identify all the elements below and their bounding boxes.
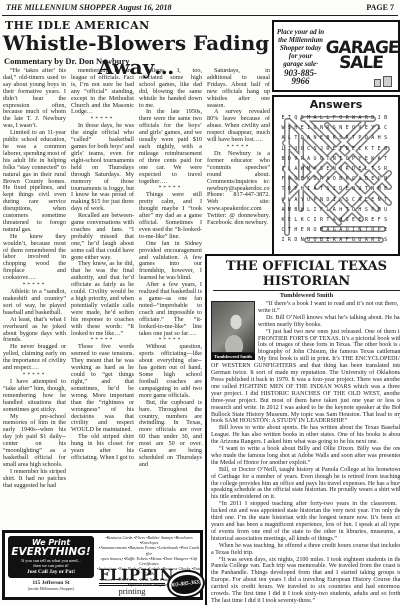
clipart-box-icon (374, 79, 381, 87)
text-line: My pre-school memories of him in the ear… (3, 414, 66, 469)
call-line: Just Call Jay or Pat! (8, 569, 94, 576)
ad-phone-number: 903-885-3633 (170, 573, 202, 596)
everything-line: EVERYTHING! (8, 547, 94, 558)
historian-title: THE OFFICIAL TEXAS HISTORIAN (211, 259, 400, 289)
article-column-1: “He ‘takes after’ his dad,” old-timers u… (3, 68, 66, 524)
text-line: Saturdays, in additional to usual Friday… (207, 68, 270, 109)
text-line: He knew they wouldn’t, because most of t… (3, 234, 66, 282)
garage-clipart (374, 76, 392, 87)
text-line: Those five words seemed to ease tensions… (71, 344, 134, 434)
text-line: ILAWMKSENORDELTSR (277, 164, 395, 174)
text-line: In those days, he was the single officia… (71, 123, 134, 213)
flippin-logo: FLIPPIN printing (99, 568, 165, 596)
garage-ad-text: Place your ad in the Millennium Shopper … (274, 28, 325, 85)
flippin-printing-ad: We Print EVERYTHING! If you can tell us … (2, 530, 203, 600)
article-column-3: college. I, too, officiated some high sc… (139, 68, 202, 524)
text-line: Limited to an 11-year public school educ… (3, 130, 66, 234)
garage-ad-phone: 903-885-9966 (276, 69, 325, 85)
text-line: When he was teaching, he offered a three… (211, 543, 400, 557)
text-line: FOGEKDRAOBKCABEUN (277, 174, 395, 184)
page-number: PAGE 7 (366, 3, 394, 12)
historian-byline: Tumbleweed Smith (211, 292, 400, 299)
text-line: Bill loves to write about sports. He has… (211, 425, 400, 446)
clipart-box-icon (383, 76, 392, 87)
text-line: ALTDANEBKSRTPDAHS (277, 133, 395, 143)
text-line: ULAYUPNDIKSCREENT (277, 195, 395, 205)
historian-photo: Tumbleweed Smith (211, 301, 255, 360)
historian-rule (213, 290, 400, 291)
garage-ad-line: Shopper today (276, 44, 325, 52)
text-line: Athletic in a “sandlot, makeshift and co… (3, 289, 66, 317)
answers-box: Answers (272, 95, 400, 256)
photo-caption: Tumbleweed Smith (211, 353, 255, 360)
article-column-4: Saturdays, in additional to usual Friday… (207, 68, 270, 250)
word-search-solution: ETQSMALLFORWARDJBWSHEIGNRSNEOVEYLCALTDAN… (277, 113, 395, 249)
text-line: TRPHIATSIDEOUTNME (277, 184, 395, 194)
masthead-title: THE MILLENNIUM SHOPPER August 16, 2018 (6, 3, 172, 12)
article-column-2: membership in any league of officials. F… (71, 68, 134, 524)
text-line: Recalled are between-game conversations … (71, 213, 134, 261)
masthead: THE MILLENNIUM SHOPPER August 16, 2018 P… (6, 3, 394, 12)
printing-word: printing (99, 586, 165, 596)
text-line: “It was seven days, six nights, 2100 mil… (211, 557, 400, 605)
text-line: After a few years, I realized that baske… (139, 282, 202, 337)
text-line: IRDNUOBERAFGUARDS (277, 235, 395, 245)
text-line: Without question, sports officiating—lik… (139, 344, 202, 399)
text-line: CTHENUMAGAUINTOPE (277, 225, 395, 235)
text-line: They knew, as he did, that he was the fi… (71, 261, 134, 337)
text-line: open houses) •Raffle Tickets •Menus •Doo… (97, 556, 201, 566)
text-line: A survey revealed 80% leave because of a… (207, 109, 270, 144)
text-line: “In 2011 I stopped teaching after forty-… (211, 501, 400, 542)
tumbleweed-smith-portrait (211, 301, 255, 353)
garage-ad-line: garage sale· (276, 60, 325, 68)
text-line: WSHEIGNRSNEOVEYLC (277, 123, 395, 133)
text-line: One fan in Sidney provided encouragement… (139, 241, 202, 282)
answers-title: Answers (274, 98, 398, 111)
masthead-rule (2, 15, 398, 16)
garage-ad-line: Place your ad in (276, 28, 325, 36)
sale-word: SALE (324, 56, 398, 71)
garage-ad-line: for your (276, 52, 325, 60)
text-line: KELKCIRTAHSEEREFS (277, 215, 395, 225)
text-line: BDVRAUGTNIOPYEKAT (277, 154, 395, 164)
article-byline: Commentary by Dr. Don Newbury (4, 56, 130, 66)
text-line: Dr. Newbury is a former educator who “co… (207, 151, 270, 227)
text-line: Bill, or Doctor O’Neill, taught history … (211, 467, 400, 502)
text-line: Things were still pretty calm, and I tho… (139, 192, 202, 240)
text-line: At least, that’s what I overheard as he … (3, 317, 66, 345)
text-line: membership in any league of officials. F… (71, 68, 134, 116)
text-line: “He ‘takes after’ his dad,” old-timers u… (3, 68, 66, 130)
garage-sale-graphic: GARAGE SALE (324, 41, 399, 71)
ad-address-note: (inside Millennium Shopper) (8, 586, 94, 591)
flippin-wordmark: FLIPPIN (99, 568, 165, 586)
text-line: AMBWLIFLAHTOHSPMU (277, 205, 395, 215)
text-line: •Business Cards •Fliers •Rubber Stamps •… (97, 535, 201, 545)
text-line: LIUOCSJRETNECKTEO (277, 144, 395, 154)
text-line: I have attempted to “take after” him, th… (3, 379, 66, 414)
text-line: college. I, too, officiated some high sc… (139, 68, 202, 109)
text-line: In the late 1950s, there were the same t… (139, 109, 202, 185)
text-line: I remember his striped shirt. It had no … (3, 469, 66, 490)
texas-historian-box: THE OFFICIAL TEXAS HISTORIAN Tumbleweed … (205, 254, 400, 605)
text-line: The old striped shirt hung in his closet… (71, 434, 134, 462)
text-line: ETQSMALLFORWARDJB (277, 113, 395, 123)
garage-ad-line: the Millennium (276, 36, 325, 44)
text-line: He never bragged or yelled, claiming ear… (3, 344, 66, 372)
text-line: •Announcements •Business Forms •Letterhe… (97, 545, 201, 555)
newspaper-page: THE MILLENNIUM SHOPPER August 16, 2018 P… (0, 0, 400, 605)
text-line: “I want to write a book about Billy and … (211, 446, 400, 467)
garage-sale-ad: Place your ad in the Millennium Shopper … (272, 20, 400, 92)
word-search-grid: ETQSMALLFORWARDJBWSHEIGNRSNEOVEYLCALTDAN… (277, 113, 395, 246)
text-line: But, the cupboard is bare. Throughout th… (139, 400, 202, 469)
we-print-box: We Print EVERYTHING! If you can tell us … (8, 536, 94, 578)
